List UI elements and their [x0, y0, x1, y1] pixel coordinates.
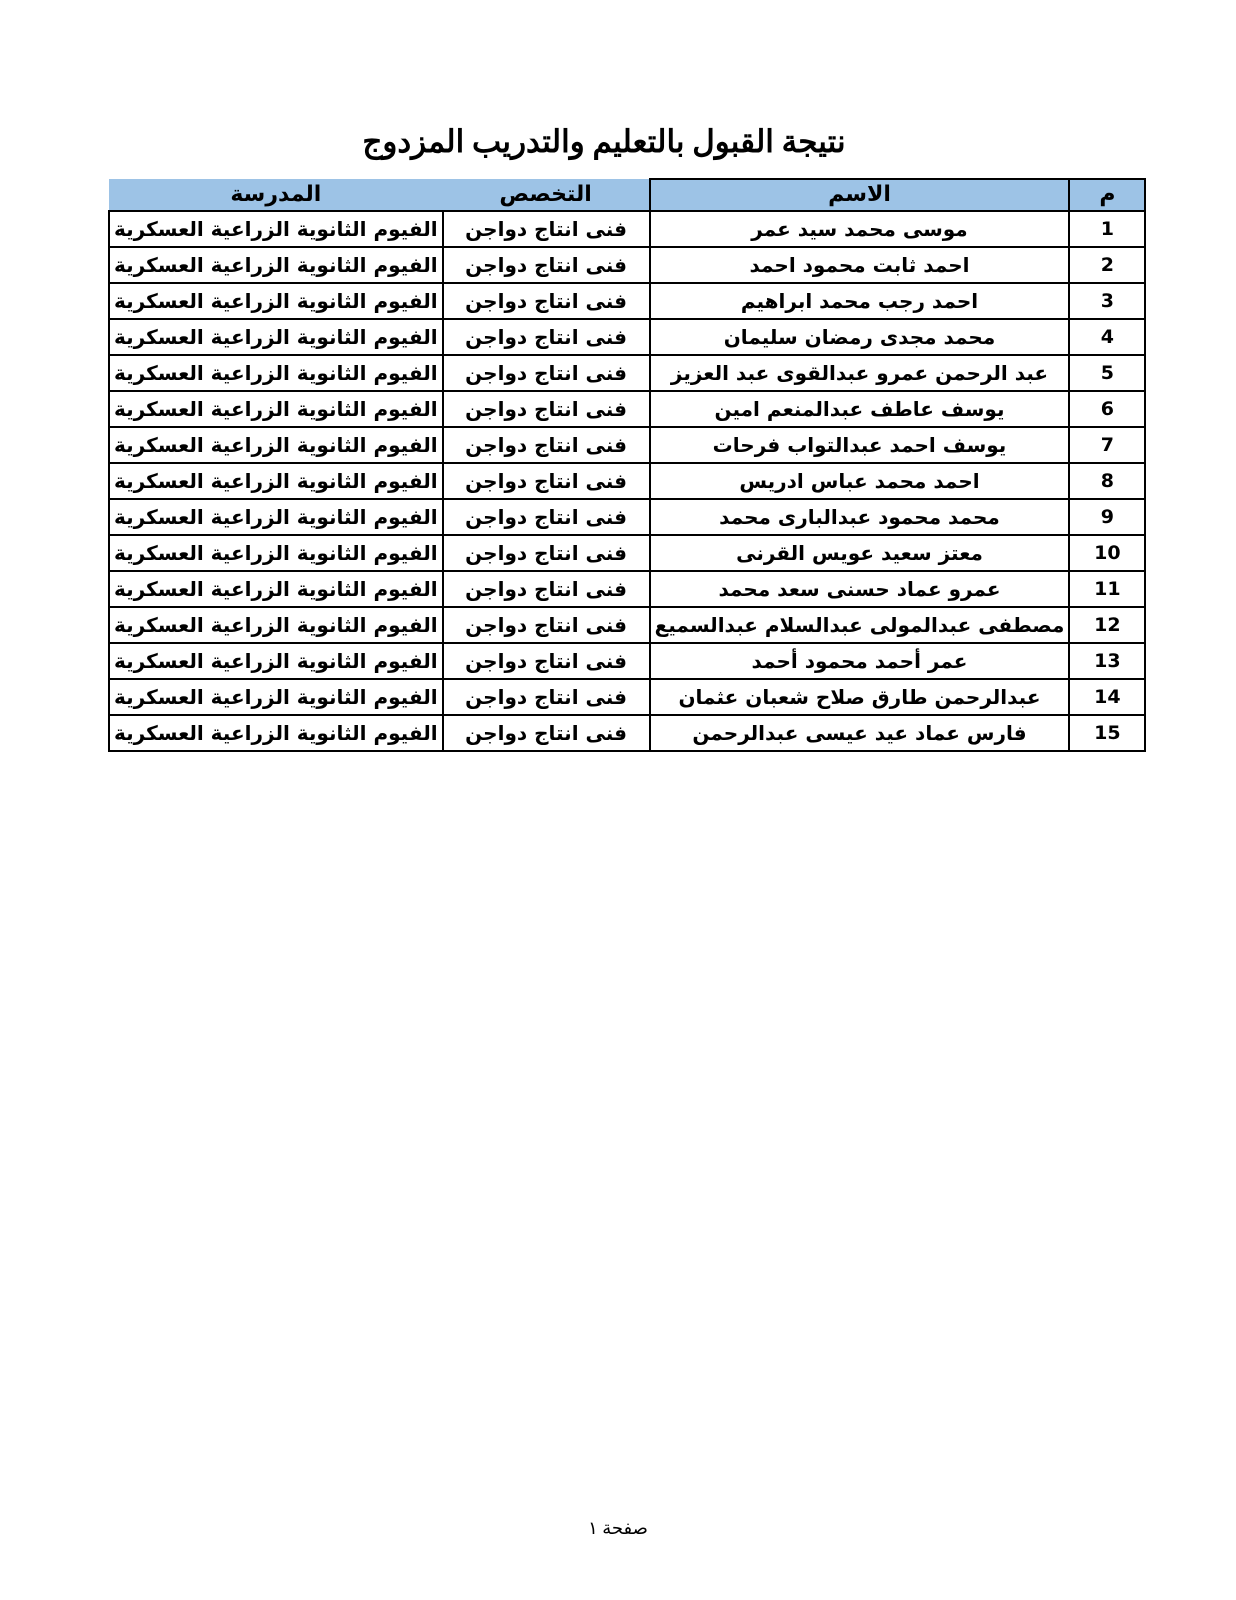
column-header-school: المدرسة [109, 179, 443, 211]
cell-school: الفيوم الثانوية الزراعية العسكرية [109, 283, 443, 319]
cell-specialization: فنى انتاج دواجن [443, 247, 650, 283]
cell-name: معتز سعيد عويس القرنى [650, 535, 1070, 571]
cell-school: الفيوم الثانوية الزراعية العسكرية [109, 643, 443, 679]
cell-school: الفيوم الثانوية الزراعية العسكرية [109, 427, 443, 463]
column-header-specialization: التخصص [443, 179, 650, 211]
cell-specialization: فنى انتاج دواجن [443, 355, 650, 391]
cell-specialization: فنى انتاج دواجن [443, 499, 650, 535]
table-row: 3 احمد رجب محمد ابراهيم فنى انتاج دواجن … [109, 283, 1145, 319]
cell-name: عبد الرحمن عمرو عبدالقوى عبد العزيز [650, 355, 1070, 391]
table-row: 1 موسى محمد سيد عمر فنى انتاج دواجن الفي… [109, 211, 1145, 247]
cell-num: 6 [1069, 391, 1145, 427]
page-number: صفحة ١ [0, 1518, 1236, 1539]
cell-name: يوسف احمد عبدالتواب فرحات [650, 427, 1070, 463]
table-row: 8 احمد محمد عباس ادريس فنى انتاج دواجن ا… [109, 463, 1145, 499]
cell-school: الفيوم الثانوية الزراعية العسكرية [109, 607, 443, 643]
cell-num: 15 [1069, 715, 1145, 751]
cell-num: 4 [1069, 319, 1145, 355]
cell-school: الفيوم الثانوية الزراعية العسكرية [109, 715, 443, 751]
cell-num: 14 [1069, 679, 1145, 715]
cell-num: 8 [1069, 463, 1145, 499]
cell-num: 10 [1069, 535, 1145, 571]
cell-num: 12 [1069, 607, 1145, 643]
cell-name: احمد محمد عباس ادريس [650, 463, 1070, 499]
table-row: 5 عبد الرحمن عمرو عبدالقوى عبد العزيز فن… [109, 355, 1145, 391]
cell-school: الفيوم الثانوية الزراعية العسكرية [109, 571, 443, 607]
document-page: نتيجة القبول بالتعليم والتدريب المزدوج م… [0, 0, 1236, 1600]
cell-num: 11 [1069, 571, 1145, 607]
cell-school: الفيوم الثانوية الزراعية العسكرية [109, 319, 443, 355]
cell-name: عمرو عماد حسنى سعد محمد [650, 571, 1070, 607]
cell-school: الفيوم الثانوية الزراعية العسكرية [109, 211, 443, 247]
cell-school: الفيوم الثانوية الزراعية العسكرية [109, 391, 443, 427]
cell-name: عبدالرحمن طارق صلاح شعبان عثمان [650, 679, 1070, 715]
cell-name: محمد مجدى رمضان سليمان [650, 319, 1070, 355]
table-body: 1 موسى محمد سيد عمر فنى انتاج دواجن الفي… [109, 211, 1145, 751]
cell-num: 9 [1069, 499, 1145, 535]
header-row: م الاسم التخصص المدرسة [109, 179, 1145, 211]
cell-specialization: فنى انتاج دواجن [443, 679, 650, 715]
table-header: م الاسم التخصص المدرسة [109, 179, 1145, 211]
table-row: 9 محمد محمود عبدالبارى محمد فنى انتاج دو… [109, 499, 1145, 535]
cell-specialization: فنى انتاج دواجن [443, 283, 650, 319]
cell-num: 3 [1069, 283, 1145, 319]
column-header-num: م [1069, 179, 1145, 211]
cell-name: عمر أحمد محمود أحمد [650, 643, 1070, 679]
cell-specialization: فنى انتاج دواجن [443, 427, 650, 463]
cell-school: الفيوم الثانوية الزراعية العسكرية [109, 499, 443, 535]
cell-specialization: فنى انتاج دواجن [443, 211, 650, 247]
cell-name: احمد ثابت محمود احمد [650, 247, 1070, 283]
cell-school: الفيوم الثانوية الزراعية العسكرية [109, 355, 443, 391]
cell-specialization: فنى انتاج دواجن [443, 463, 650, 499]
results-table: م الاسم التخصص المدرسة 1 موسى محمد سيد ع… [108, 178, 1146, 752]
cell-specialization: فنى انتاج دواجن [443, 535, 650, 571]
cell-specialization: فنى انتاج دواجن [443, 643, 650, 679]
cell-specialization: فنى انتاج دواجن [443, 319, 650, 355]
cell-specialization: فنى انتاج دواجن [443, 391, 650, 427]
column-header-name: الاسم [650, 179, 1070, 211]
cell-num: 2 [1069, 247, 1145, 283]
page-title: نتيجة القبول بالتعليم والتدريب المزدوج [108, 116, 1100, 168]
cell-specialization: فنى انتاج دواجن [443, 571, 650, 607]
table-row: 13 عمر أحمد محمود أحمد فنى انتاج دواجن ا… [109, 643, 1145, 679]
cell-name: محمد محمود عبدالبارى محمد [650, 499, 1070, 535]
table-row: 2 احمد ثابت محمود احمد فنى انتاج دواجن ا… [109, 247, 1145, 283]
table-row: 7 يوسف احمد عبدالتواب فرحات فنى انتاج دو… [109, 427, 1145, 463]
table-row: 14 عبدالرحمن طارق صلاح شعبان عثمان فنى ا… [109, 679, 1145, 715]
cell-school: الفيوم الثانوية الزراعية العسكرية [109, 463, 443, 499]
cell-name: فارس عماد عيد عيسى عبدالرحمن [650, 715, 1070, 751]
cell-num: 13 [1069, 643, 1145, 679]
table-row: 12 مصطفى عبدالمولى عبدالسلام عبدالسميع ف… [109, 607, 1145, 643]
cell-num: 1 [1069, 211, 1145, 247]
cell-school: الفيوم الثانوية الزراعية العسكرية [109, 535, 443, 571]
cell-name: احمد رجب محمد ابراهيم [650, 283, 1070, 319]
cell-specialization: فنى انتاج دواجن [443, 715, 650, 751]
table-row: 6 يوسف عاطف عبدالمنعم امين فنى انتاج دوا… [109, 391, 1145, 427]
cell-school: الفيوم الثانوية الزراعية العسكرية [109, 679, 443, 715]
table-row: 4 محمد مجدى رمضان سليمان فنى انتاج دواجن… [109, 319, 1145, 355]
table-row: 11 عمرو عماد حسنى سعد محمد فنى انتاج دوا… [109, 571, 1145, 607]
table-row: 10 معتز سعيد عويس القرنى فنى انتاج دواجن… [109, 535, 1145, 571]
cell-num: 7 [1069, 427, 1145, 463]
cell-name: موسى محمد سيد عمر [650, 211, 1070, 247]
cell-school: الفيوم الثانوية الزراعية العسكرية [109, 247, 443, 283]
cell-specialization: فنى انتاج دواجن [443, 607, 650, 643]
cell-num: 5 [1069, 355, 1145, 391]
cell-name: مصطفى عبدالمولى عبدالسلام عبدالسميع [650, 607, 1070, 643]
cell-name: يوسف عاطف عبدالمنعم امين [650, 391, 1070, 427]
table-row: 15 فارس عماد عيد عيسى عبدالرحمن فنى انتا… [109, 715, 1145, 751]
